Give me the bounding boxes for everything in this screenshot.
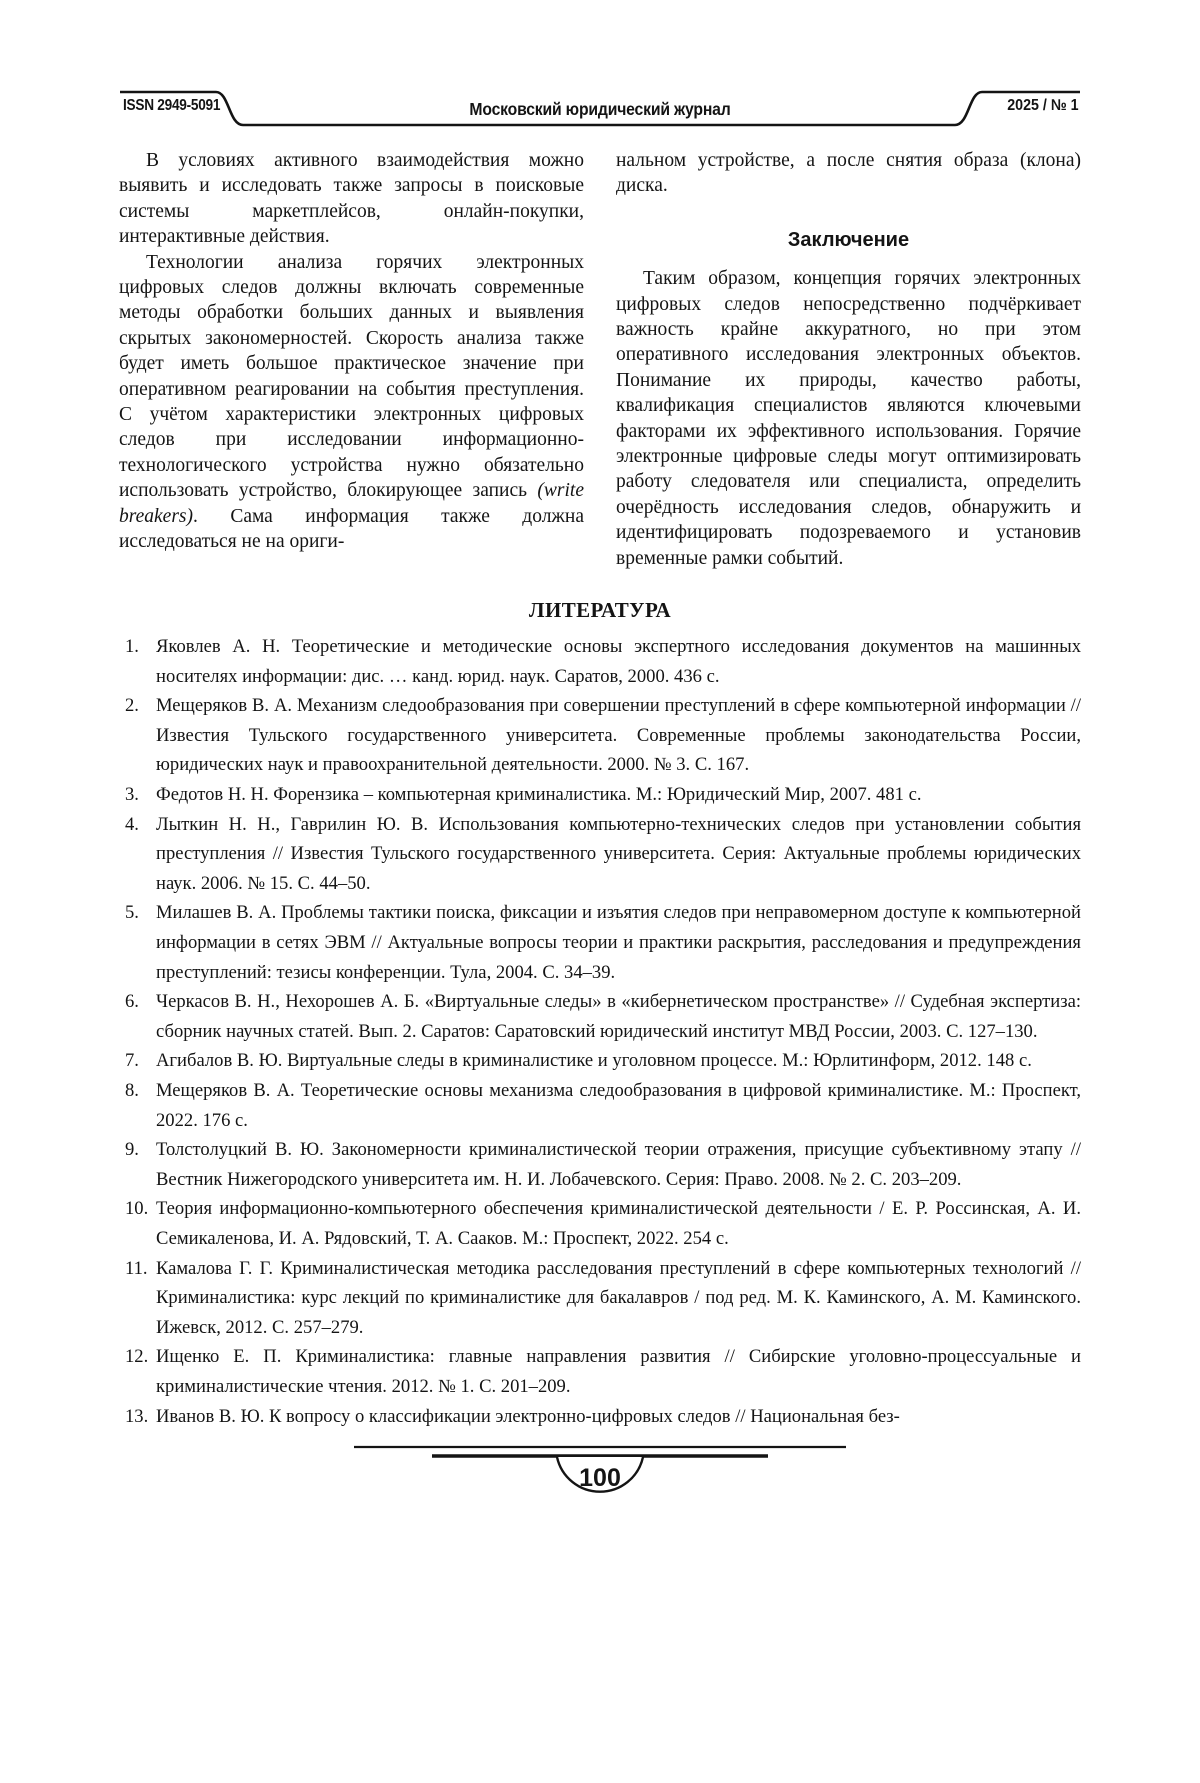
reference-number: 6. xyxy=(125,987,156,1046)
right-column: нальном устройстве, а после снятия образ… xyxy=(616,148,1081,571)
references-heading: ЛИТЕРАТУРА xyxy=(119,598,1081,623)
reference-text: Лыткин Н. Н., Гаврилин Ю. В. Использован… xyxy=(156,810,1081,899)
reference-item: 1.Яковлев А. Н. Теоретические и методиче… xyxy=(119,632,1081,691)
footer-rule: 100 xyxy=(350,1444,850,1519)
paragraph-text: Технологии анализа горячих электронных ц… xyxy=(119,252,584,502)
paragraph-text: Таким образом, концепция горячих электро… xyxy=(616,268,1081,568)
paragraph-text: В условиях активного взаимодействия можн… xyxy=(119,150,584,247)
reference-item: 7.Агибалов В. Ю. Виртуальные следы в кри… xyxy=(119,1046,1081,1076)
reference-item: 10.Теория информационно-компьютерного об… xyxy=(119,1194,1081,1253)
page-footer: 100 xyxy=(119,1444,1081,1519)
reference-item: 2.Мещеряков В. А. Механизм следообразова… xyxy=(119,691,1081,780)
reference-number: 5. xyxy=(125,898,156,987)
reference-text: Иванов В. Ю. К вопросу о классификации э… xyxy=(156,1402,1081,1432)
journal-page: ISSN 2949-5091 Московский юридический жу… xyxy=(0,0,1200,1783)
reference-text: Мещеряков В. А. Механизм следообразовани… xyxy=(156,691,1081,780)
reference-text: Федотов Н. Н. Форензика – компьютерная к… xyxy=(156,780,1081,810)
reference-text: Камалова Г. Г. Криминалистическая методи… xyxy=(156,1254,1081,1343)
paragraph-text: нальном устройстве, а после снятия образ… xyxy=(616,150,1081,196)
journal-title: Московский юридический журнал xyxy=(167,99,1033,120)
reference-text: Мещеряков В. А. Теоретические основы мех… xyxy=(156,1076,1081,1135)
reference-item: 3.Федотов Н. Н. Форензика – компьютерная… xyxy=(119,780,1081,810)
reference-number: 12. xyxy=(125,1342,156,1401)
paragraph: В условиях активного взаимодействия можн… xyxy=(119,148,584,250)
reference-number: 11. xyxy=(125,1254,156,1343)
reference-item: 9.Толстолуцкий В. Ю. Закономерности крим… xyxy=(119,1135,1081,1194)
reference-item: 13.Иванов В. Ю. К вопросу о классификаци… xyxy=(119,1402,1081,1432)
left-column: В условиях активного взаимодействия можн… xyxy=(119,148,584,571)
reference-text: Толстолуцкий В. Ю. Закономерности кримин… xyxy=(156,1135,1081,1194)
reference-item: 5.Милашев В. А. Проблемы тактики поиска,… xyxy=(119,898,1081,987)
reference-item: 8.Мещеряков В. А. Теоретические основы м… xyxy=(119,1076,1081,1135)
paragraph: нальном устройстве, а после снятия образ… xyxy=(616,148,1081,199)
reference-number: 3. xyxy=(125,780,156,810)
reference-text: Теория информационно-компьютерного обесп… xyxy=(156,1194,1081,1253)
reference-number: 4. xyxy=(125,810,156,899)
article-body: В условиях активного взаимодействия можн… xyxy=(119,148,1081,571)
reference-number: 2. xyxy=(125,691,156,780)
issue-label: 2025 / № 1 xyxy=(1008,97,1079,115)
reference-text: Милашев В. А. Проблемы тактики поиска, ф… xyxy=(156,898,1081,987)
paragraph: Таким образом, концепция горячих электро… xyxy=(616,266,1081,571)
reference-number: 9. xyxy=(125,1135,156,1194)
reference-text: Черкасов В. Н., Нехорошев А. Б. «Виртуал… xyxy=(156,987,1081,1046)
references-list: 1.Яковлев А. Н. Теоретические и методиче… xyxy=(119,632,1081,1431)
reference-number: 1. xyxy=(125,632,156,691)
reference-number: 13. xyxy=(125,1402,156,1432)
reference-number: 10. xyxy=(125,1194,156,1253)
reference-text: Ищенко Е. П. Криминалистика: главные нап… xyxy=(156,1342,1081,1401)
paragraph: Технологии анализа горячих электронных ц… xyxy=(119,250,584,555)
page-header: ISSN 2949-5091 Московский юридический жу… xyxy=(119,85,1081,135)
reference-item: 4.Лыткин Н. Н., Гаврилин Ю. В. Использов… xyxy=(119,810,1081,899)
reference-number: 7. xyxy=(125,1046,156,1076)
reference-item: 6.Черкасов В. Н., Нехорошев А. Б. «Вирту… xyxy=(119,987,1081,1046)
conclusion-heading: Заключение xyxy=(616,228,1081,253)
reference-number: 8. xyxy=(125,1076,156,1135)
reference-item: 12.Ищенко Е. П. Криминалистика: главные … xyxy=(119,1342,1081,1401)
page-number: 100 xyxy=(579,1464,621,1492)
reference-item: 11.Камалова Г. Г. Криминалистическая мет… xyxy=(119,1254,1081,1343)
reference-text: Агибалов В. Ю. Виртуальные следы в крими… xyxy=(156,1046,1081,1076)
reference-text: Яковлев А. Н. Теоретические и методическ… xyxy=(156,632,1081,691)
